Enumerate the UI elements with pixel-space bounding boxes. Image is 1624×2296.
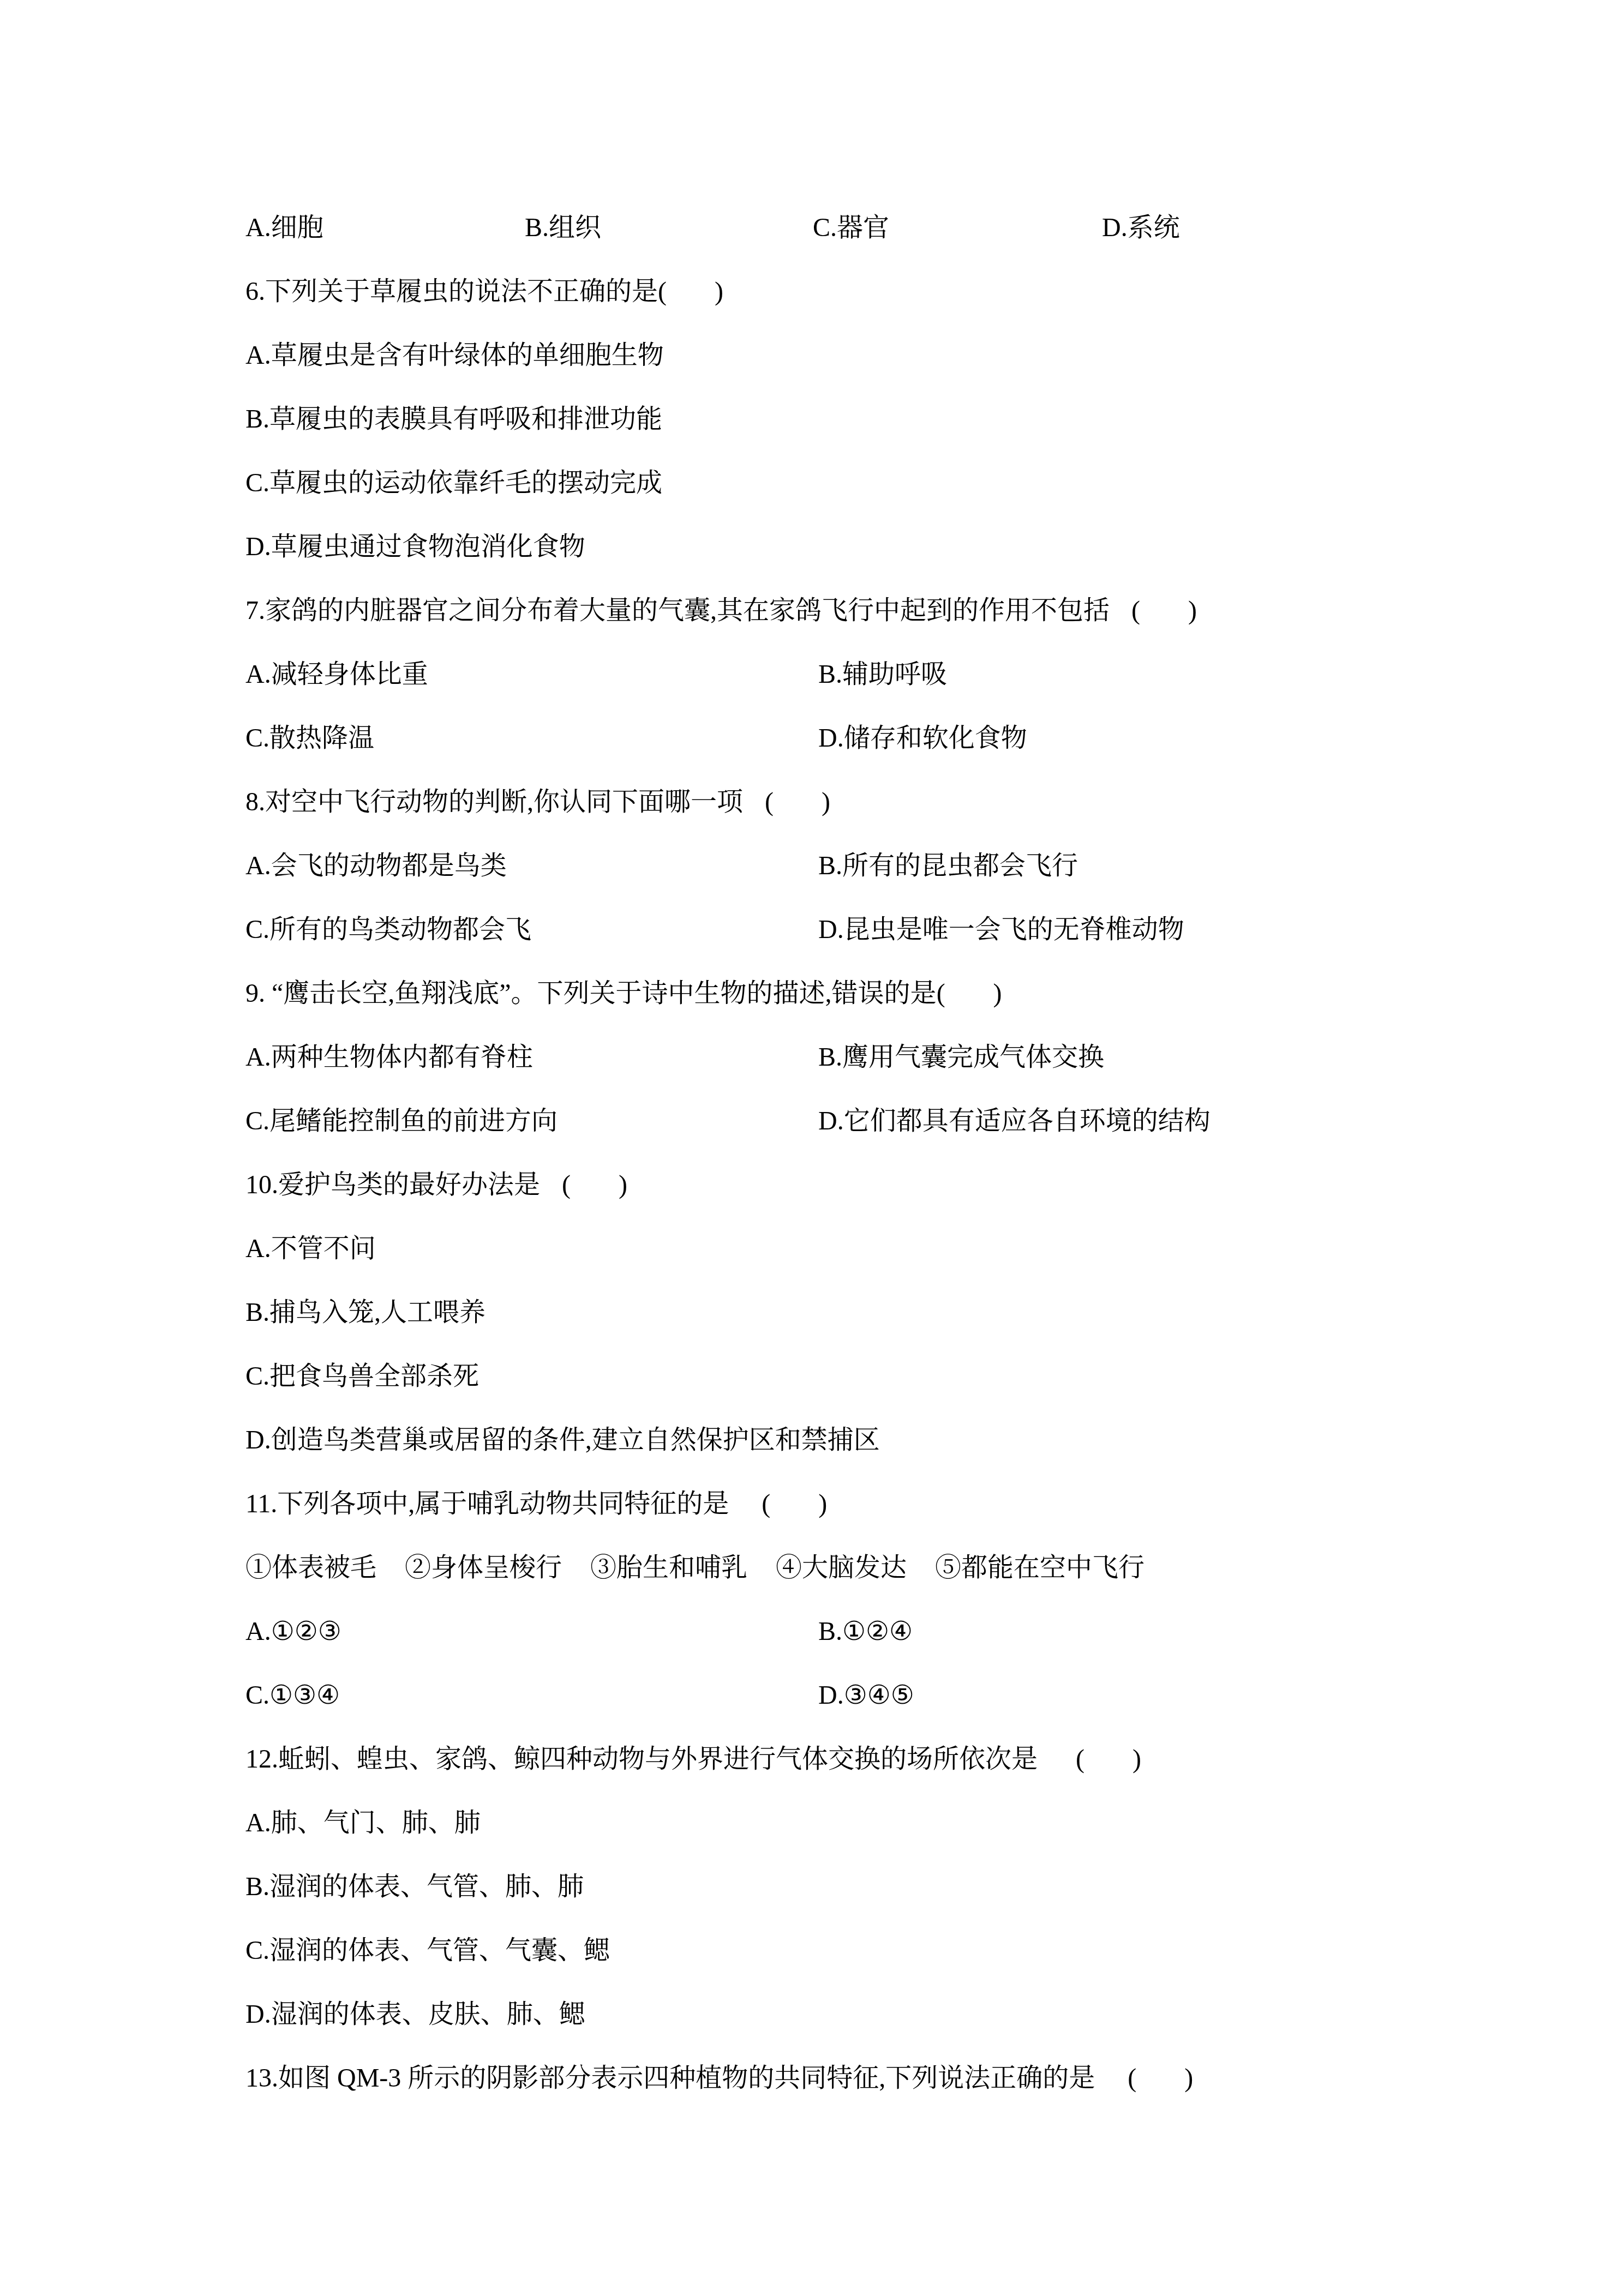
q7-stem: 7.家鸽的内脏器官之间分布着大量的气囊,其在家鸽飞行中起到的作用不包括(): [245, 592, 1197, 630]
q10-stem-text: 10.爱护鸟类的最好办法是: [245, 1170, 540, 1199]
q6-option-a[interactable]: A.草履虫是含有叶绿体的单细胞生物: [245, 336, 664, 375]
q9-option-c[interactable]: C.尾鳍能控制鱼的前进方向: [245, 1102, 558, 1140]
q13-stem: 13.如图 QM-3 所示的阴影部分表示四种植物的共同特征,下列说法正确的是(): [245, 2059, 1193, 2097]
q9-option-a[interactable]: A.两种生物体内都有脊柱: [245, 1038, 533, 1077]
q6-option-c[interactable]: C.草履虫的运动依靠纤毛的摆动完成: [245, 464, 662, 502]
q6-stem: 6.下列关于草履虫的说法不正确的是(): [245, 273, 723, 311]
q12-option-a[interactable]: A.肺、气门、肺、肺: [245, 1804, 481, 1842]
q8-option-c[interactable]: C.所有的鸟类动物都会飞: [245, 911, 531, 949]
q8-option-a[interactable]: A.会飞的动物都是鸟类: [245, 847, 507, 885]
q11-statement-1: ①体表被毛: [245, 1553, 376, 1582]
q11-option-a[interactable]: A.①②③: [245, 1613, 341, 1651]
q5-option-a[interactable]: A.细胞: [245, 209, 323, 247]
q8-option-d[interactable]: D.昆虫是唯一会飞的无脊椎动物: [818, 911, 1184, 949]
answer-blank[interactable]: (): [1076, 1740, 1141, 1778]
answer-blank[interactable]: (): [762, 1485, 827, 1523]
q12-option-d[interactable]: D.湿润的体表、皮肤、肺、鳃: [245, 1996, 585, 2034]
q5-option-d[interactable]: D.系统: [1102, 209, 1180, 247]
q9-stem: 9. “鹰击长空,鱼翔浅底”。下列关于诗中生物的描述,错误的是(): [245, 975, 1002, 1013]
q10-option-b[interactable]: B.捕鸟入笼,人工喂养: [245, 1294, 486, 1332]
q8-stem-text: 8.对空中飞行动物的判断,你认同下面哪一项: [245, 788, 743, 816]
q7-option-d[interactable]: D.储存和软化食物: [818, 719, 1027, 758]
q11-option-c[interactable]: C.①③④: [245, 1676, 340, 1715]
q12-stem: 12.蚯蚓、蝗虫、家鸽、鲸四种动物与外界进行气体交换的场所依次是(): [245, 1740, 1141, 1778]
q10-stem: 10.爱护鸟类的最好办法是(): [245, 1166, 627, 1204]
q9-option-b[interactable]: B.鹰用气囊完成气体交换: [818, 1038, 1104, 1077]
q7-stem-text: 7.家鸽的内脏器官之间分布着大量的气囊,其在家鸽飞行中起到的作用不包括: [245, 596, 1110, 625]
exam-page: A.细胞 B.组织 C.器官 D.系统 6.下列关于草履虫的说法不正确的是() …: [0, 0, 1624, 2296]
answer-blank[interactable]: (): [658, 273, 723, 311]
q10-option-c[interactable]: C.把食鸟兽全部杀死: [245, 1357, 479, 1396]
q11-stem-text: 11.下列各项中,属于哺乳动物共同特征的是: [245, 1489, 729, 1518]
q11-option-b[interactable]: B.①②④: [818, 1613, 913, 1651]
q11-statement-5: ⑤都能在空中飞行: [935, 1553, 1144, 1582]
q6-option-d[interactable]: D.草履虫通过食物泡消化食物: [245, 528, 585, 566]
q10-option-a[interactable]: A.不管不问: [245, 1230, 376, 1268]
q12-stem-text: 12.蚯蚓、蝗虫、家鸽、鲸四种动物与外界进行气体交换的场所依次是: [245, 1745, 1038, 1774]
q11-option-d[interactable]: D.③④⑤: [818, 1676, 914, 1715]
q6-option-b[interactable]: B.草履虫的表膜具有呼吸和排泄功能: [245, 400, 662, 438]
q11-statement-4: ④大脑发达: [776, 1553, 907, 1582]
q8-option-b[interactable]: B.所有的昆虫都会飞行: [818, 847, 1078, 885]
q12-option-b[interactable]: B.湿润的体表、气管、肺、肺: [245, 1868, 584, 1906]
q12-option-c[interactable]: C.湿润的体表、气管、气囊、鳃: [245, 1932, 610, 1970]
q8-stem: 8.对空中飞行动物的判断,你认同下面哪一项(): [245, 783, 830, 821]
q11-statement-3: ③胎生和哺乳: [590, 1553, 747, 1582]
q5-option-c[interactable]: C.器官: [813, 209, 889, 247]
q7-option-c[interactable]: C.散热降温: [245, 719, 374, 758]
q9-stem-text: 9. “鹰击长空,鱼翔浅底”。下列关于诗中生物的描述,错误的是: [245, 979, 937, 1008]
q7-option-b[interactable]: B.辅助呼吸: [818, 656, 947, 694]
answer-blank[interactable]: (): [937, 975, 1002, 1013]
q9-option-d[interactable]: D.它们都具有适应各自环境的结构: [818, 1102, 1210, 1140]
q13-stem-text: 13.如图 QM-3 所示的阴影部分表示四种植物的共同特征,下列说法正确的是: [245, 2064, 1095, 2093]
answer-blank[interactable]: (): [1131, 592, 1197, 630]
answer-blank[interactable]: (): [1128, 2059, 1193, 2097]
answer-blank[interactable]: (): [765, 783, 830, 821]
q5-option-b[interactable]: B.组织: [525, 209, 601, 247]
q11-stem: 11.下列各项中,属于哺乳动物共同特征的是(): [245, 1485, 827, 1523]
q11-statement-list: ①体表被毛②身体呈梭行③胎生和哺乳④大脑发达⑤都能在空中飞行: [245, 1549, 1173, 1587]
q11-statement-2: ②身体呈梭行: [405, 1553, 562, 1582]
answer-blank[interactable]: (): [562, 1166, 627, 1204]
q10-option-d[interactable]: D.创造鸟类营巢或居留的条件,建立自然保护区和禁捕区: [245, 1421, 880, 1459]
q7-option-a[interactable]: A.减轻身体比重: [245, 656, 428, 694]
q6-stem-text: 6.下列关于草履虫的说法不正确的是: [245, 277, 658, 306]
